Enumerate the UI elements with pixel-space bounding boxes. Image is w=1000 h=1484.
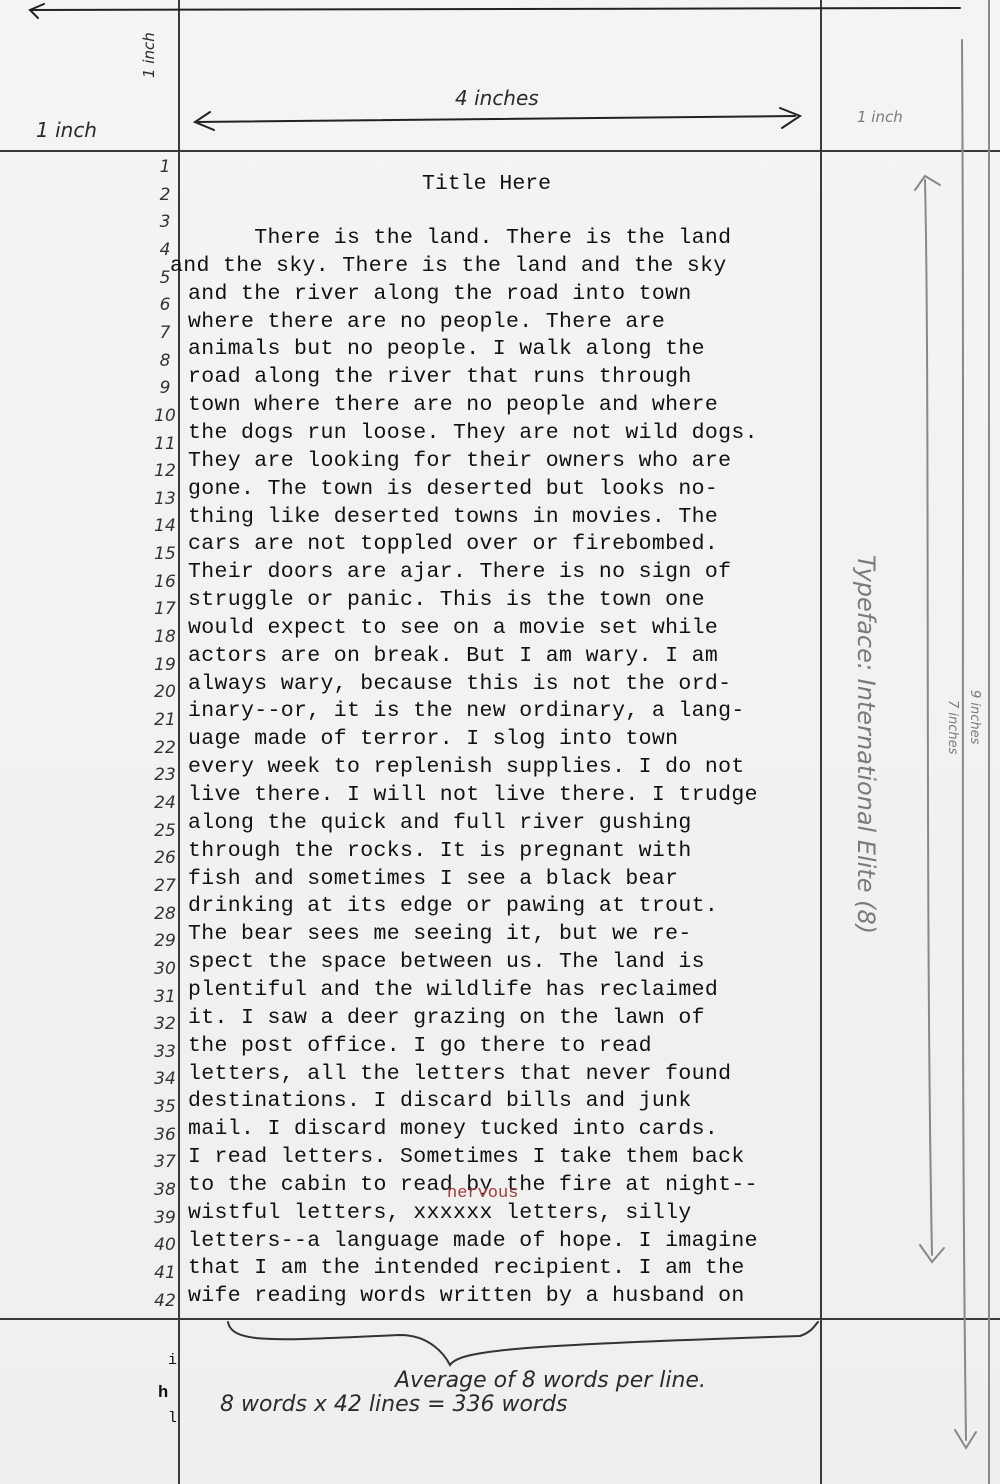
typed-line: the post office. I go there to read <box>188 1034 652 1058</box>
typed-line: plentiful and the wildlife has reclaimed <box>188 978 718 1002</box>
typed-line: live there. I will not live there. I tru… <box>188 783 758 807</box>
typed-line: the dogs run loose. They are not wild do… <box>188 421 758 445</box>
right-margin-label: 1 inch <box>857 108 903 126</box>
typed-line: along the quick and full river gushing <box>188 811 692 835</box>
line-number: 15 <box>150 544 180 564</box>
typed-line: that I am the intended recipient. I am t… <box>188 1256 745 1280</box>
footer-mark-h: h <box>158 1384 169 1403</box>
typed-line: destinations. I discard bills and junk <box>188 1089 692 1113</box>
line-number: 21 <box>150 710 180 730</box>
document-title: Title Here <box>422 172 551 196</box>
typed-line: I read letters. Sometimes I take them ba… <box>188 1145 745 1169</box>
typed-line: it. I saw a deer grazing on the lawn of <box>188 1006 705 1030</box>
line-number: 11 <box>150 434 180 454</box>
typed-line: cars are not toppled over or firebombed. <box>188 532 718 556</box>
line-number: 14 <box>150 516 180 536</box>
typed-line: inary--or, it is the new ordinary, a lan… <box>188 699 745 723</box>
typed-line: and the river along the road into town <box>188 282 692 306</box>
typed-line: road along the river that runs through <box>188 365 692 389</box>
typed-line: and the sky. There is the land and the s… <box>170 254 727 278</box>
typed-line: Their doors are ajar. There is no sign o… <box>188 560 731 584</box>
typed-line: wife reading words written by a husband … <box>188 1284 745 1308</box>
typeface-label: Typeface: International Elite (8) <box>852 555 880 934</box>
typed-line: every week to replenish supplies. I do n… <box>188 755 745 779</box>
typed-line: fish and sometimes I see a black bear <box>188 867 678 891</box>
line-number: 35 <box>150 1097 180 1117</box>
line-number: 19 <box>150 655 180 675</box>
word-count-calculation: 8 words x 42 lines = 336 words <box>220 1392 567 1417</box>
line-number: 16 <box>150 572 180 592</box>
typed-line: uage made of terror. I slog into town <box>188 727 678 751</box>
line-number: 30 <box>150 959 180 979</box>
line-number: 17 <box>150 599 180 619</box>
top-margin-label: 1 inch <box>140 32 158 78</box>
line-number: 23 <box>150 765 180 785</box>
typed-line: letters, all the letters that never foun… <box>188 1062 731 1086</box>
line-number: 27 <box>150 876 180 896</box>
line-number: 39 <box>150 1208 180 1228</box>
typed-line: mail. I discard money tucked into cards. <box>188 1117 718 1141</box>
line-number: 10 <box>150 406 180 426</box>
line-number: 8 <box>150 351 180 371</box>
line-number: 25 <box>150 821 180 841</box>
line-number: 31 <box>150 987 180 1007</box>
average-words-note: Average of 8 words per line. <box>395 1368 706 1393</box>
line-number: 3 <box>150 212 180 232</box>
line-number: 24 <box>150 793 180 813</box>
typed-line: letters--a language made of hope. I imag… <box>188 1229 758 1253</box>
footer-mark-l: l <box>168 1410 177 1427</box>
left-margin-label: 1 inch <box>36 118 97 142</box>
line-number: 22 <box>150 738 180 758</box>
typed-line: They are looking for their owners who ar… <box>188 449 731 473</box>
typed-line: There is the land. There is the land <box>188 226 731 250</box>
typed-line: always wary, because this is not the ord… <box>188 672 731 696</box>
line-number: 1 <box>150 157 180 177</box>
typed-line: animals but no people. I walk along the <box>188 337 705 361</box>
line-number: 37 <box>150 1152 180 1172</box>
typed-line: thing like deserted towns in movies. The <box>188 505 718 529</box>
line-number: 40 <box>150 1235 180 1255</box>
line-number: 6 <box>150 295 180 315</box>
line-number: 9 <box>150 378 180 398</box>
line-number: 36 <box>150 1125 180 1145</box>
typed-line: where there are no people. There are <box>188 310 665 334</box>
manuscript-page: 1 inch 1 inch 4 inches 1 inch Typeface: … <box>0 0 1000 1484</box>
inner-height-label: 7 inches <box>945 700 960 754</box>
typed-line: The bear sees me seeing it, but we re- <box>188 922 692 946</box>
typed-line: drinking at its edge or pawing at trout. <box>188 894 718 918</box>
typed-line: actors are on break. But I am wary. I am <box>188 644 718 668</box>
line-number: 28 <box>150 904 180 924</box>
line-number: 29 <box>150 931 180 951</box>
line-number: 33 <box>150 1042 180 1062</box>
typed-line: spect the space between us. The land is <box>188 950 705 974</box>
line-number: 38 <box>150 1180 180 1200</box>
line-number: 42 <box>150 1291 180 1311</box>
typed-line: would expect to see on a movie set while <box>188 616 718 640</box>
line-number: 2 <box>150 185 180 205</box>
line-number: 41 <box>150 1263 180 1283</box>
outer-height-label: 9 inches <box>967 690 982 744</box>
typed-line: through the rocks. It is pregnant with <box>188 839 692 863</box>
footer-mark-i: i <box>168 1352 177 1369</box>
line-number: 12 <box>150 461 180 481</box>
line-number: 32 <box>150 1014 180 1034</box>
line-number: 20 <box>150 682 180 702</box>
text-width-label: 4 inches <box>455 86 539 110</box>
line-number: 7 <box>150 323 180 343</box>
line-number: 18 <box>150 627 180 647</box>
inserted-word-nervous: nervous <box>447 1184 518 1203</box>
typed-line: gone. The town is deserted but looks no- <box>188 477 718 501</box>
typed-line: wistful letters, xxxxxx letters, silly <box>188 1201 692 1225</box>
typed-line: town where there are no people and where <box>188 393 718 417</box>
typed-line: struggle or panic. This is the town one <box>188 588 705 612</box>
line-number: 13 <box>150 489 180 509</box>
line-number: 34 <box>150 1069 180 1089</box>
line-number: 26 <box>150 848 180 868</box>
